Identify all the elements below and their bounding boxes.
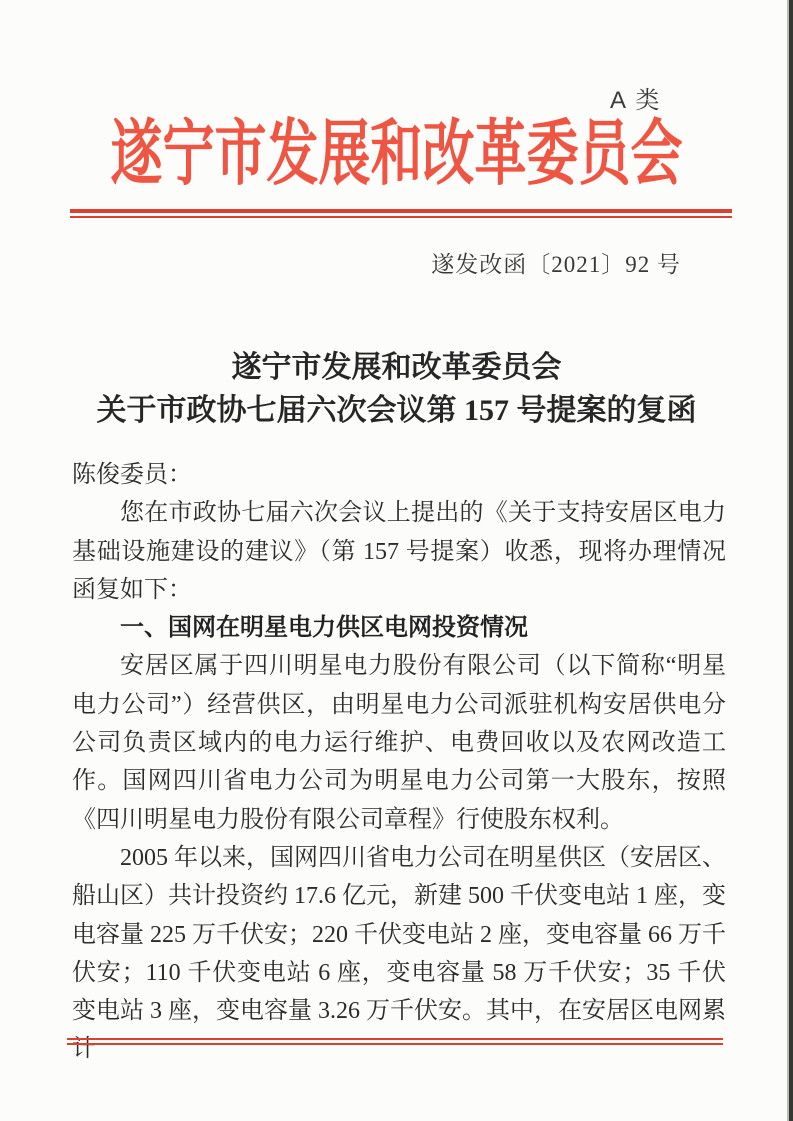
- document-title-line1: 遂宁市发展和改革委员会: [0, 346, 793, 389]
- document-title-line2: 关于市政协七届六次会议第 157 号提案的复函: [0, 389, 793, 432]
- letterhead-agency-name: 遂宁市发展和改革委员会: [0, 116, 793, 193]
- salutation: 陈俊委员：: [72, 456, 726, 494]
- document-page: A 类 遂宁市发展和改革委员会 遂发改函〔2021〕92 号 遂宁市发展和改革委…: [0, 0, 793, 1121]
- letterhead-divider-rule: [70, 209, 732, 218]
- section1-heading: 一、国网在明星电力供区电网投资情况: [72, 609, 726, 647]
- document-body: 陈俊委员： 您在市政协七届六次会议上提出的《关于支持安居区电力基础设施建设的建议…: [72, 456, 726, 1069]
- paragraph-company-overview: 安居区属于四川明星电力股份有限公司（以下简称“明星电力公司”）经营供区，由明星电…: [72, 647, 726, 838]
- doc-number: 遂发改函〔2021〕92 号: [431, 246, 681, 279]
- paragraph-intro: 您在市政协七届六次会议上提出的《关于支持安居区电力基础设施建设的建议》（第 15…: [72, 494, 726, 609]
- paragraph-investment-figures: 2005 年以来，国网四川省电力公司在明星供区（安居区、船山区）共计投资约 17…: [72, 839, 726, 1069]
- document-title: 遂宁市发展和改革委员会 关于市政协七届六次会议第 157 号提案的复函: [0, 346, 793, 432]
- category-label: A 类: [610, 80, 661, 115]
- scan-edge-shadow: [789, 0, 793, 1121]
- footer-divider-rule: [67, 1038, 723, 1045]
